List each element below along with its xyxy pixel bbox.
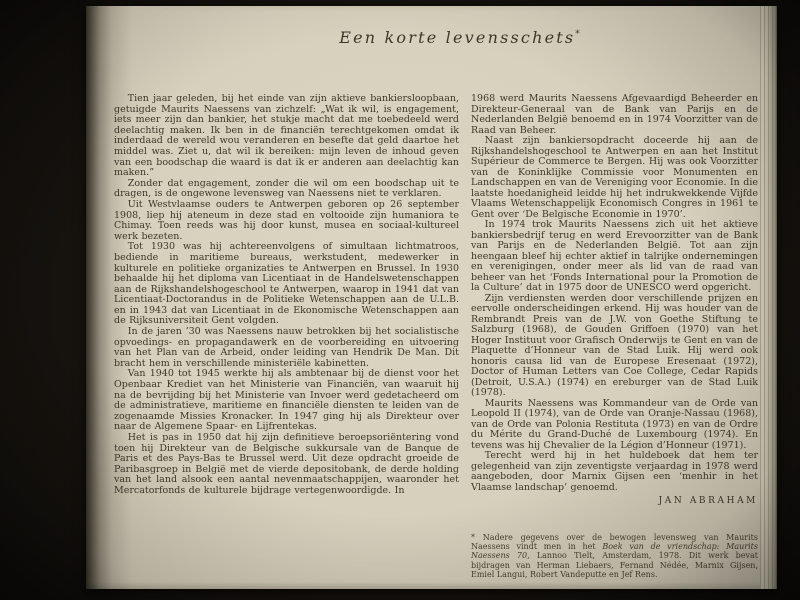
left-column: Tien jaar geleden, bij het einde van zij…: [114, 94, 459, 580]
paragraph: Maurits Naessens was Kommandeur van de O…: [471, 399, 758, 452]
paragraph: Zonder dat engagement, zonder die wil om…: [114, 179, 459, 200]
paragraph: Terecht werd hij in het huldeboek dat he…: [471, 451, 758, 493]
paragraph: In 1974 trok Maurits Naessens zich uit h…: [471, 220, 758, 294]
paragraph: Tien jaar geleden, bij het einde van zij…: [114, 94, 459, 179]
page-title: Een korte levensschets*: [146, 28, 773, 47]
paragraph: In de jaren ’30 was Naessens nauw betrok…: [114, 327, 459, 369]
paragraph: Naast zijn bankiersopdracht doceerde hij…: [471, 136, 758, 220]
paragraph: Zijn verdiensten werden door verschillen…: [471, 294, 758, 399]
title-footnote-mark: *: [575, 30, 580, 40]
page-edge-stack: [760, 6, 777, 589]
book-page: Een korte levensschets* Tien jaar gelede…: [86, 6, 777, 589]
paragraph: 1968 werd Maurits Naessens Afgevaardigd …: [471, 94, 758, 136]
paragraph: Het is pas in 1950 dat hij zijn definiti…: [114, 433, 459, 497]
paragraph: Tot 1930 was hij achtereenvolgens of sim…: [114, 242, 459, 327]
photo-background: Een korte levensschets* Tien jaar gelede…: [0, 0, 800, 600]
footnote: * Nadere gegevens over de bewogen levens…: [471, 533, 758, 580]
left-column-body: Tien jaar geleden, bij het einde van zij…: [114, 94, 459, 497]
page-title-text: Een korte levensschets: [339, 28, 575, 47]
paragraph: Uit Westvlaamse ouders te Antwerpen gebo…: [114, 200, 459, 242]
right-column-body: 1968 werd Maurits Naessens Afgevaardigd …: [471, 94, 758, 493]
paragraph: Van 1940 tot 1945 werkte hij als ambtena…: [114, 369, 459, 433]
right-column: 1968 werd Maurits Naessens Afgevaardigd …: [471, 94, 758, 580]
author-signature: JAN ABRAHAM: [471, 496, 758, 507]
text-columns: Tien jaar geleden, bij het einde van zij…: [114, 94, 758, 580]
